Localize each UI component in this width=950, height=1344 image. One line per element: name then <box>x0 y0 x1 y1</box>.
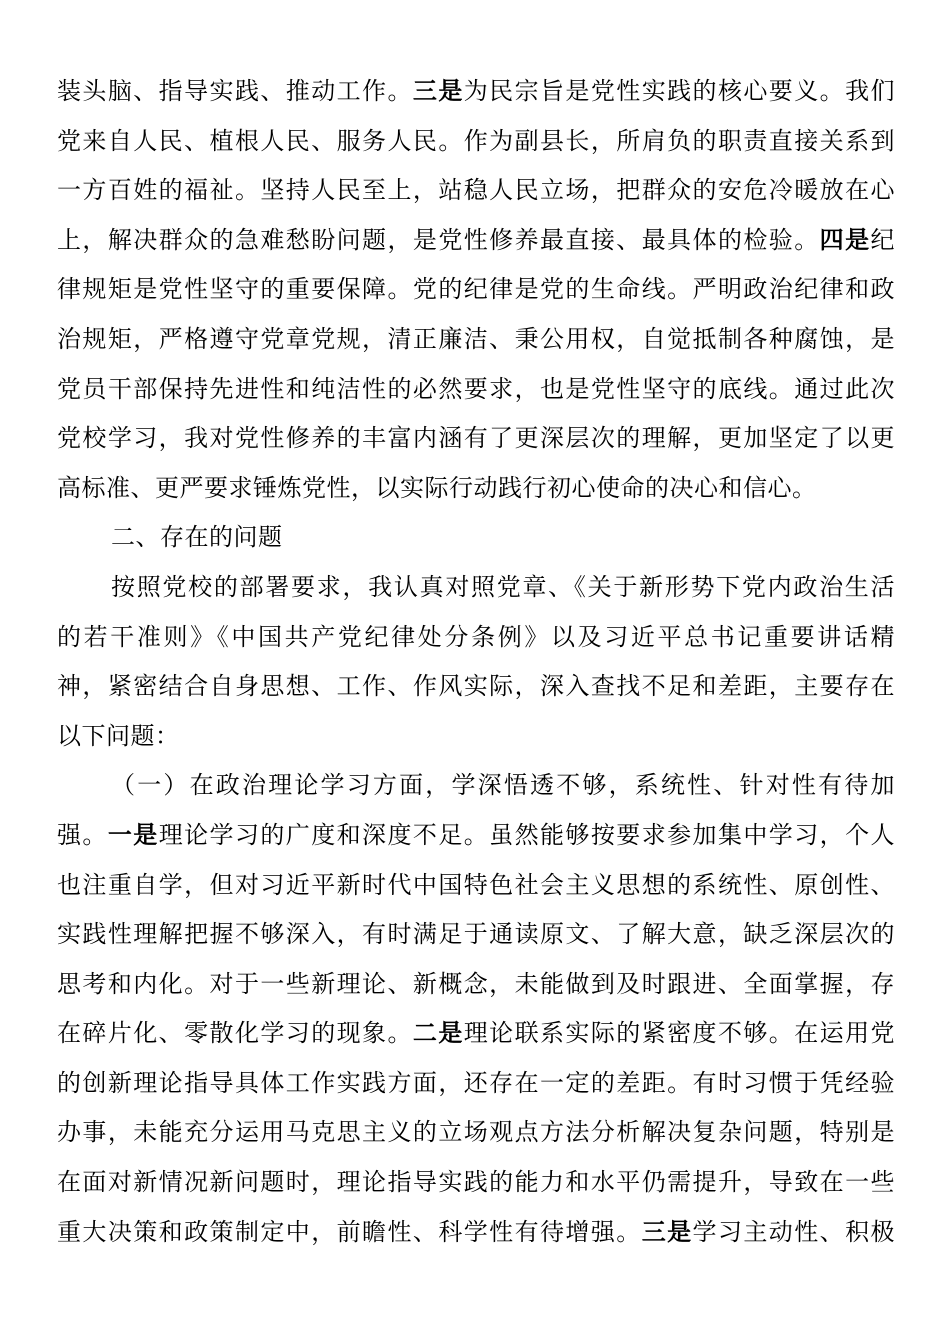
text-run: 一方百姓的福祉。坚持人民至上，站稳人民立场，把群众的安危冷暖放在心 <box>57 177 895 204</box>
text-run: 的若干准则》《中国共产党纪律处分条例》以及习近平总书记重要讲话精 <box>57 624 895 651</box>
bold-text-run: 三是 <box>413 78 464 105</box>
text-run: 强。 <box>57 822 108 849</box>
text-line: 以下问题： <box>57 712 895 762</box>
text-run: （一）在政治理论学习方面，学深悟透不够，系统性、针对性有待加 <box>111 772 895 799</box>
document-body: 装头脑、指导实践、推动工作。三是为民宗旨是党性实践的核心要义。我们党来自人民、植… <box>57 67 895 1257</box>
bold-text-run: 二是 <box>413 1020 464 1047</box>
text-run: 办事，未能充分运用马克思主义的立场观点方法分析解决复杂问题，特别是 <box>57 1119 895 1146</box>
text-line: 按照党校的部署要求，我认真对照党章、《关于新形势下党内政治生活 <box>57 563 895 613</box>
text-run: 党来自人民、植根人民、服务人民。作为副县长，所肩负的职责直接关系到 <box>57 128 895 155</box>
text-line: 装头脑、指导实践、推动工作。三是为民宗旨是党性实践的核心要义。我们 <box>57 67 895 117</box>
text-line: 律规矩是党性坚守的重要保障。党的纪律是党的生命线。严明政治纪律和政 <box>57 265 895 315</box>
text-run: 也注重自学，但对习近平新时代中国特色社会主义思想的系统性、原创性、 <box>57 872 895 899</box>
bold-text-run: 一是 <box>108 822 159 849</box>
text-run: 二、存在的问题 <box>111 524 283 551</box>
text-run: 按照党校的部署要求，我认真对照党章、《关于新形势下党内政治生活 <box>111 574 895 601</box>
text-run: 的创新理论指导具体工作实践方面，还存在一定的差距。有时习惯于凭经验 <box>57 1070 895 1097</box>
text-run: 上，解决群众的急难愁盼问题，是党性修养最直接、最具体的检验。 <box>57 227 820 254</box>
text-run: 以下问题： <box>57 723 180 750</box>
text-run: 思考和内化。对于一些新理论、新概念，未能做到及时跟进、全面掌握，存 <box>57 971 895 998</box>
text-line: 高标准、更严要求锤炼党性，以实际行动践行初心使命的决心和信心。 <box>57 464 895 514</box>
text-line: 实践性理解把握不够深入，有时满足于通读原文、了解大意，缺乏深层次的 <box>57 910 895 960</box>
text-run: 高标准、更严要求锤炼党性，以实际行动践行初心使命的决心和信心。 <box>57 475 817 502</box>
text-line: 党员干部保持先进性和纯洁性的必然要求，也是党性坚守的底线。通过此次 <box>57 365 895 415</box>
text-line: 上，解决群众的急难愁盼问题，是党性修养最直接、最具体的检验。四是纪 <box>57 216 895 266</box>
text-run: 理论学习的广度和深度不足。虽然能够按要求参加集中学习，个人 <box>159 822 895 849</box>
text-line: 党校学习，我对党性修养的丰富内涵有了更深层次的理解，更加坚定了以更 <box>57 414 895 464</box>
text-line: 的创新理论指导具体工作实践方面，还存在一定的差距。有时习惯于凭经验 <box>57 1059 895 1109</box>
text-run: 律规矩是党性坚守的重要保障。党的纪律是党的生命线。严明政治纪律和政 <box>57 276 895 303</box>
text-run: 在面对新情况新问题时，理论指导实践的能力和水平仍需提升，导致在一些 <box>57 1169 895 1196</box>
text-run: 为民宗旨是党性实践的核心要义。我们 <box>464 78 895 105</box>
text-line: 思考和内化。对于一些新理论、新概念，未能做到及时跟进、全面掌握，存 <box>57 960 895 1010</box>
text-line: 党来自人民、植根人民、服务人民。作为副县长，所肩负的职责直接关系到 <box>57 117 895 167</box>
text-line: （一）在政治理论学习方面，学深悟透不够，系统性、针对性有待加 <box>57 761 895 811</box>
text-run: 理论联系实际的紧密度不够。在运用党 <box>464 1020 895 1047</box>
text-line: 也注重自学，但对习近平新时代中国特色社会主义思想的系统性、原创性、 <box>57 861 895 911</box>
text-line: 重大决策和政策制定中，前瞻性、科学性有待增强。三是学习主动性、积极 <box>57 1208 895 1258</box>
text-run: 学习主动性、积极 <box>693 1219 895 1246</box>
text-line: 办事，未能充分运用马克思主义的立场观点方法分析解决复杂问题，特别是 <box>57 1108 895 1158</box>
text-run: 在碎片化、零散化学习的现象。 <box>57 1020 413 1047</box>
text-line: 在碎片化、零散化学习的现象。二是理论联系实际的紧密度不够。在运用党 <box>57 1009 895 1059</box>
text-run: 重大决策和政策制定中，前瞻性、科学性有待增强。 <box>57 1219 642 1246</box>
text-run: 神，紧密结合自身思想、工作、作风实际，深入查找不足和差距，主要存在 <box>57 673 895 700</box>
text-run: 装头脑、指导实践、推动工作。 <box>57 78 413 105</box>
section-heading-line: 二、存在的问题 <box>57 513 895 563</box>
text-run: 党校学习，我对党性修养的丰富内涵有了更深层次的理解，更加坚定了以更 <box>57 425 895 452</box>
text-line: 治规矩，严格遵守党章党规，清正廉洁、秉公用权，自觉抵制各种腐蚀，是 <box>57 315 895 365</box>
text-run: 实践性理解把握不够深入，有时满足于通读原文、了解大意，缺乏深层次的 <box>57 921 895 948</box>
text-line: 强。一是理论学习的广度和深度不足。虽然能够按要求参加集中学习，个人 <box>57 811 895 861</box>
text-line: 的若干准则》《中国共产党纪律处分条例》以及习近平总书记重要讲话精 <box>57 613 895 663</box>
text-run: 党员干部保持先进性和纯洁性的必然要求，也是党性坚守的底线。通过此次 <box>57 376 895 403</box>
text-line: 在面对新情况新问题时，理论指导实践的能力和水平仍需提升，导致在一些 <box>57 1158 895 1208</box>
text-run: 治规矩，严格遵守党章党规，清正廉洁、秉公用权，自觉抵制各种腐蚀，是 <box>57 326 895 353</box>
bold-text-run: 三是 <box>642 1219 693 1246</box>
text-run: 纪 <box>871 227 896 254</box>
text-line: 神，紧密结合自身思想、工作、作风实际，深入查找不足和差距，主要存在 <box>57 662 895 712</box>
bold-text-run: 四是 <box>820 227 871 254</box>
text-line: 一方百姓的福祉。坚持人民至上，站稳人民立场，把群众的安危冷暖放在心 <box>57 166 895 216</box>
document-page: 装头脑、指导实践、推动工作。三是为民宗旨是党性实践的核心要义。我们党来自人民、植… <box>0 0 950 1344</box>
